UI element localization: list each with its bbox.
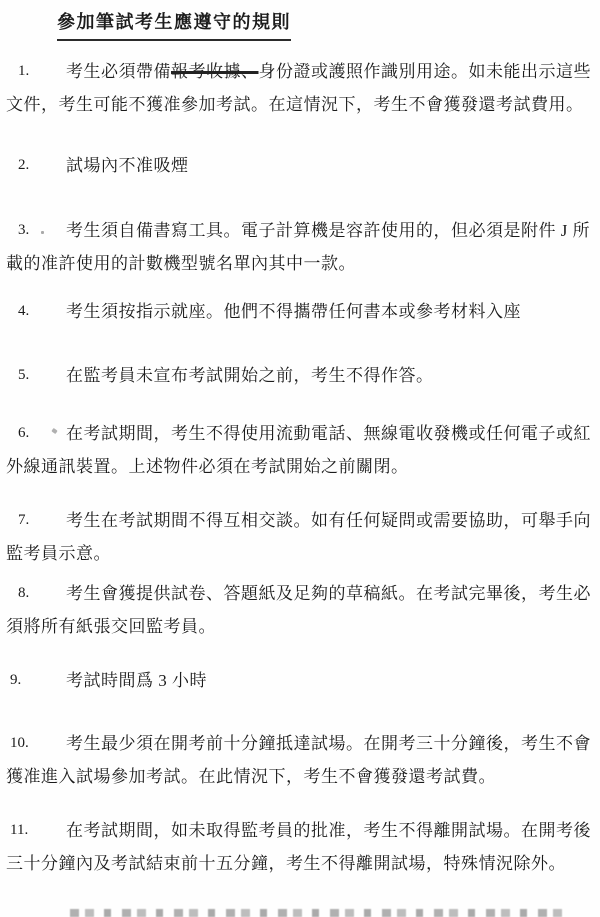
rule-item-9: 9. 考試時間爲 3 小時 <box>6 664 594 697</box>
rule-item-4: 4. 考生須按指示就座。他們不得攜帶任何書本或參考材料入座 <box>6 295 594 328</box>
rule-item-1: 1. 考生必須帶備報考收據、身份證或護照作識別用途。如未能出示這些文件，考生可能… <box>6 55 594 121</box>
rule-text: 在考試期間，如未取得監考員的批准，考生不得離開試場。在開考後三十分鐘內及考試結束… <box>6 814 594 880</box>
rule-item-2: 2. 試場內不准吸煙 <box>6 149 594 182</box>
rule-number: 8. <box>18 577 29 610</box>
rule-number: 10. <box>10 727 29 760</box>
rule-item-3: 3. 考生須自備書寫工具。電子計算機是容許使用的，但必須是附件 J 所載的准許使… <box>6 214 594 280</box>
rule-text: 在監考員未宣布考試開始之前，考生不得作答。 <box>6 359 594 392</box>
scanned-document-page: 參加筆試考生應遵守的規則 1. 考生必須帶備報考收據、身份證或護照作識別用途。如… <box>0 0 600 917</box>
cutoff-next-line-text <box>70 909 562 917</box>
struck-text: 報考收據、 <box>171 62 259 81</box>
rule-item-10: 10. 考生最少須在開考前十分鐘抵達試場。在開考三十分鐘後，考生不會獲准進入試場… <box>6 727 594 793</box>
rule-text: 考生必須帶備報考收據、身份證或護照作識別用途。如未能出示這些文件，考生可能不獲准… <box>6 55 594 121</box>
rule-text: 考試時間爲 3 小時 <box>6 664 594 697</box>
rule-text: 考生須自備書寫工具。電子計算機是容許使用的，但必須是附件 J 所載的准許使用的計… <box>6 214 594 280</box>
rule-item-8: 8. 考生會獲提供試卷、答題紙及足夠的草稿紙。在考試完畢後，考生必須將所有紙張交… <box>6 577 594 643</box>
rule-item-6: 6. 在考試期間，考生不得使用流動電話、無線電收發機或任何電子或紅外線通訊裝置。… <box>6 417 594 483</box>
rule-text-pre: 考生必須帶備 <box>66 62 171 81</box>
rule-text: 試場內不准吸煙 <box>6 149 594 182</box>
rule-text: 考生在考試期間不得互相交談。如有任何疑問或需要協助，可舉手向監考員示意。 <box>6 504 594 570</box>
rule-item-11: 11. 在考試期間，如未取得監考員的批准，考生不得離開試場。在開考後三十分鐘內及… <box>6 814 594 880</box>
scan-artifact <box>41 231 44 234</box>
rule-text: 考生最少須在開考前十分鐘抵達試場。在開考三十分鐘後，考生不會獲准進入試場參加考試… <box>6 727 594 793</box>
rule-item-7: 7. 考生在考試期間不得互相交談。如有任何疑問或需要協助，可舉手向監考員示意。 <box>6 504 594 570</box>
rule-text: 在考試期間，考生不得使用流動電話、無線電收發機或任何電子或紅外線通訊裝置。上述物… <box>6 417 594 483</box>
rule-number: 1. <box>18 55 29 88</box>
rule-number: 3. <box>18 214 29 247</box>
rule-number: 9. <box>10 664 21 697</box>
rule-number: 4. <box>18 295 29 328</box>
rule-number: 7. <box>18 504 29 537</box>
rule-number: 2. <box>18 149 29 182</box>
rule-number: 5. <box>18 359 29 392</box>
rule-text: 考生會獲提供試卷、答題紙及足夠的草稿紙。在考試完畢後，考生必須將所有紙張交回監考… <box>6 577 594 643</box>
rule-text: 考生須按指示就座。他們不得攜帶任何書本或參考材料入座 <box>6 295 594 328</box>
document-title: 參加筆試考生應遵守的規則 <box>57 8 291 41</box>
rule-item-5: 5. 在監考員未宣布考試開始之前，考生不得作答。 <box>6 359 594 392</box>
rule-number: 6. <box>18 417 29 450</box>
rule-number: 11. <box>10 814 28 847</box>
